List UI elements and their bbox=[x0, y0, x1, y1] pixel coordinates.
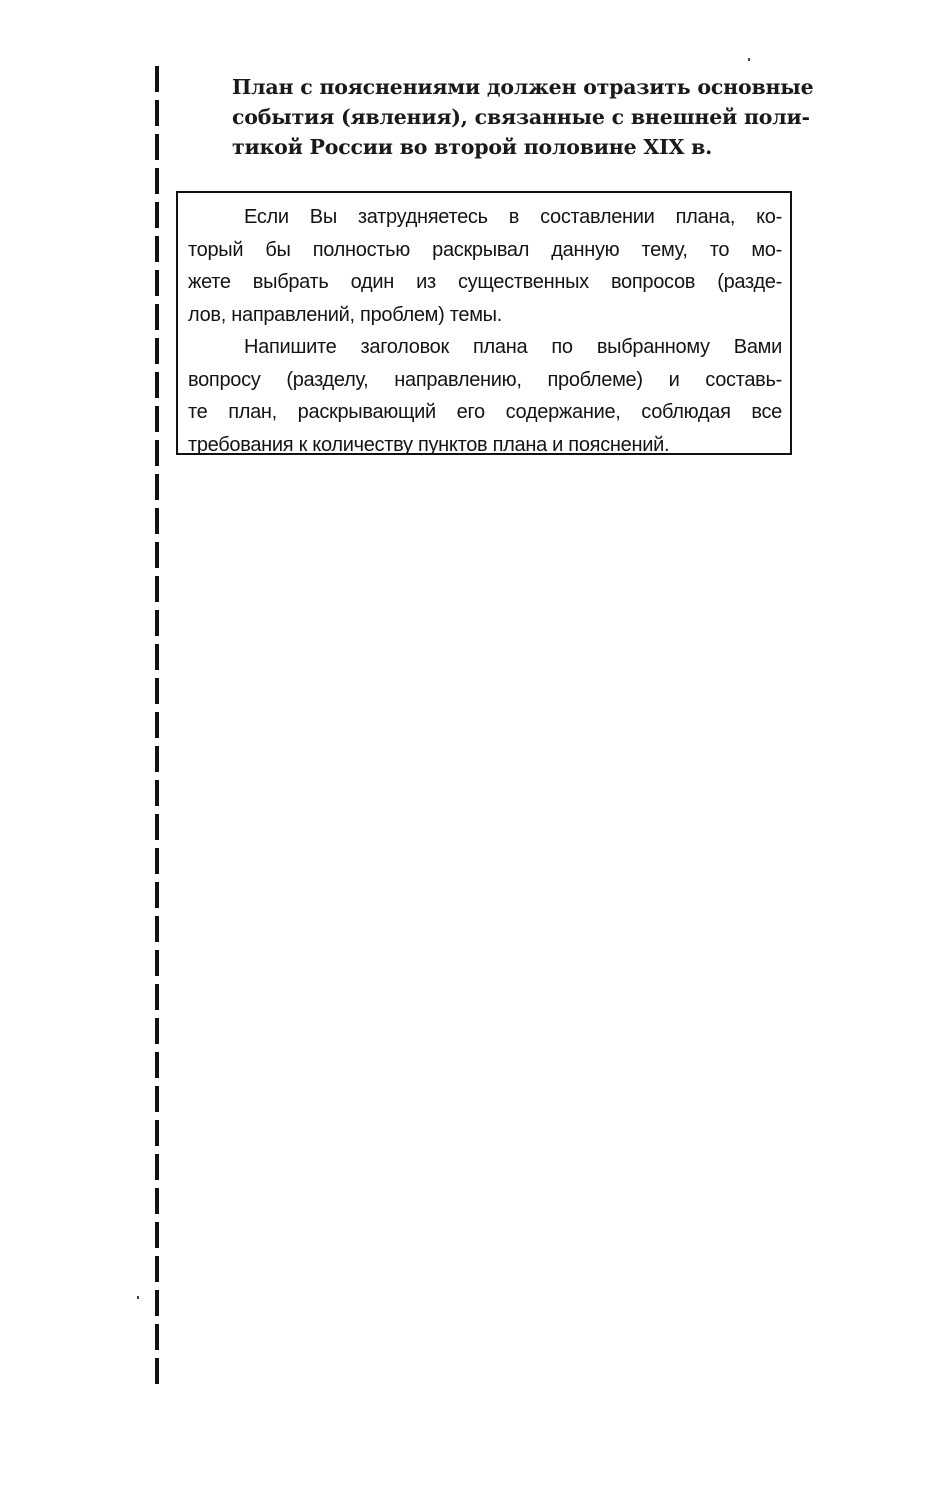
notice-line: вопросу (разделу, направлению, проблеме)… bbox=[188, 364, 782, 397]
dashed-cut-line bbox=[155, 66, 159, 1384]
instruction-notice-box: Если Вы затрудняетесь в составлении план… bbox=[176, 191, 792, 455]
task-intro-text: План с пояснениями должен отразить основ… bbox=[232, 72, 798, 162]
notice-line: те план, раскрывающий его содержание, со… bbox=[188, 396, 782, 429]
intro-line: тикой России во второй половине XIX в. bbox=[232, 132, 798, 162]
instruction-notice-text: Если Вы затрудняетесь в составлении план… bbox=[188, 201, 782, 461]
intro-line: события (явления), связанные с внешней п… bbox=[232, 102, 798, 132]
intro-line: План с пояснениями должен отразить основ… bbox=[232, 72, 798, 102]
notice-line: жете выбрать один из существенных вопрос… bbox=[188, 266, 782, 299]
scan-speck bbox=[137, 1296, 139, 1299]
notice-line: Напишите заголовок плана по выбранному В… bbox=[188, 331, 782, 364]
notice-line: Если Вы затрудняетесь в составлении план… bbox=[188, 201, 782, 234]
notice-line: торый бы полностью раскрывал данную тему… bbox=[188, 234, 782, 267]
notice-line: лов, направлений, проблем) темы. bbox=[188, 299, 782, 332]
scan-speck bbox=[748, 58, 750, 61]
notice-line: требования к количеству пунктов плана и … bbox=[188, 429, 782, 462]
